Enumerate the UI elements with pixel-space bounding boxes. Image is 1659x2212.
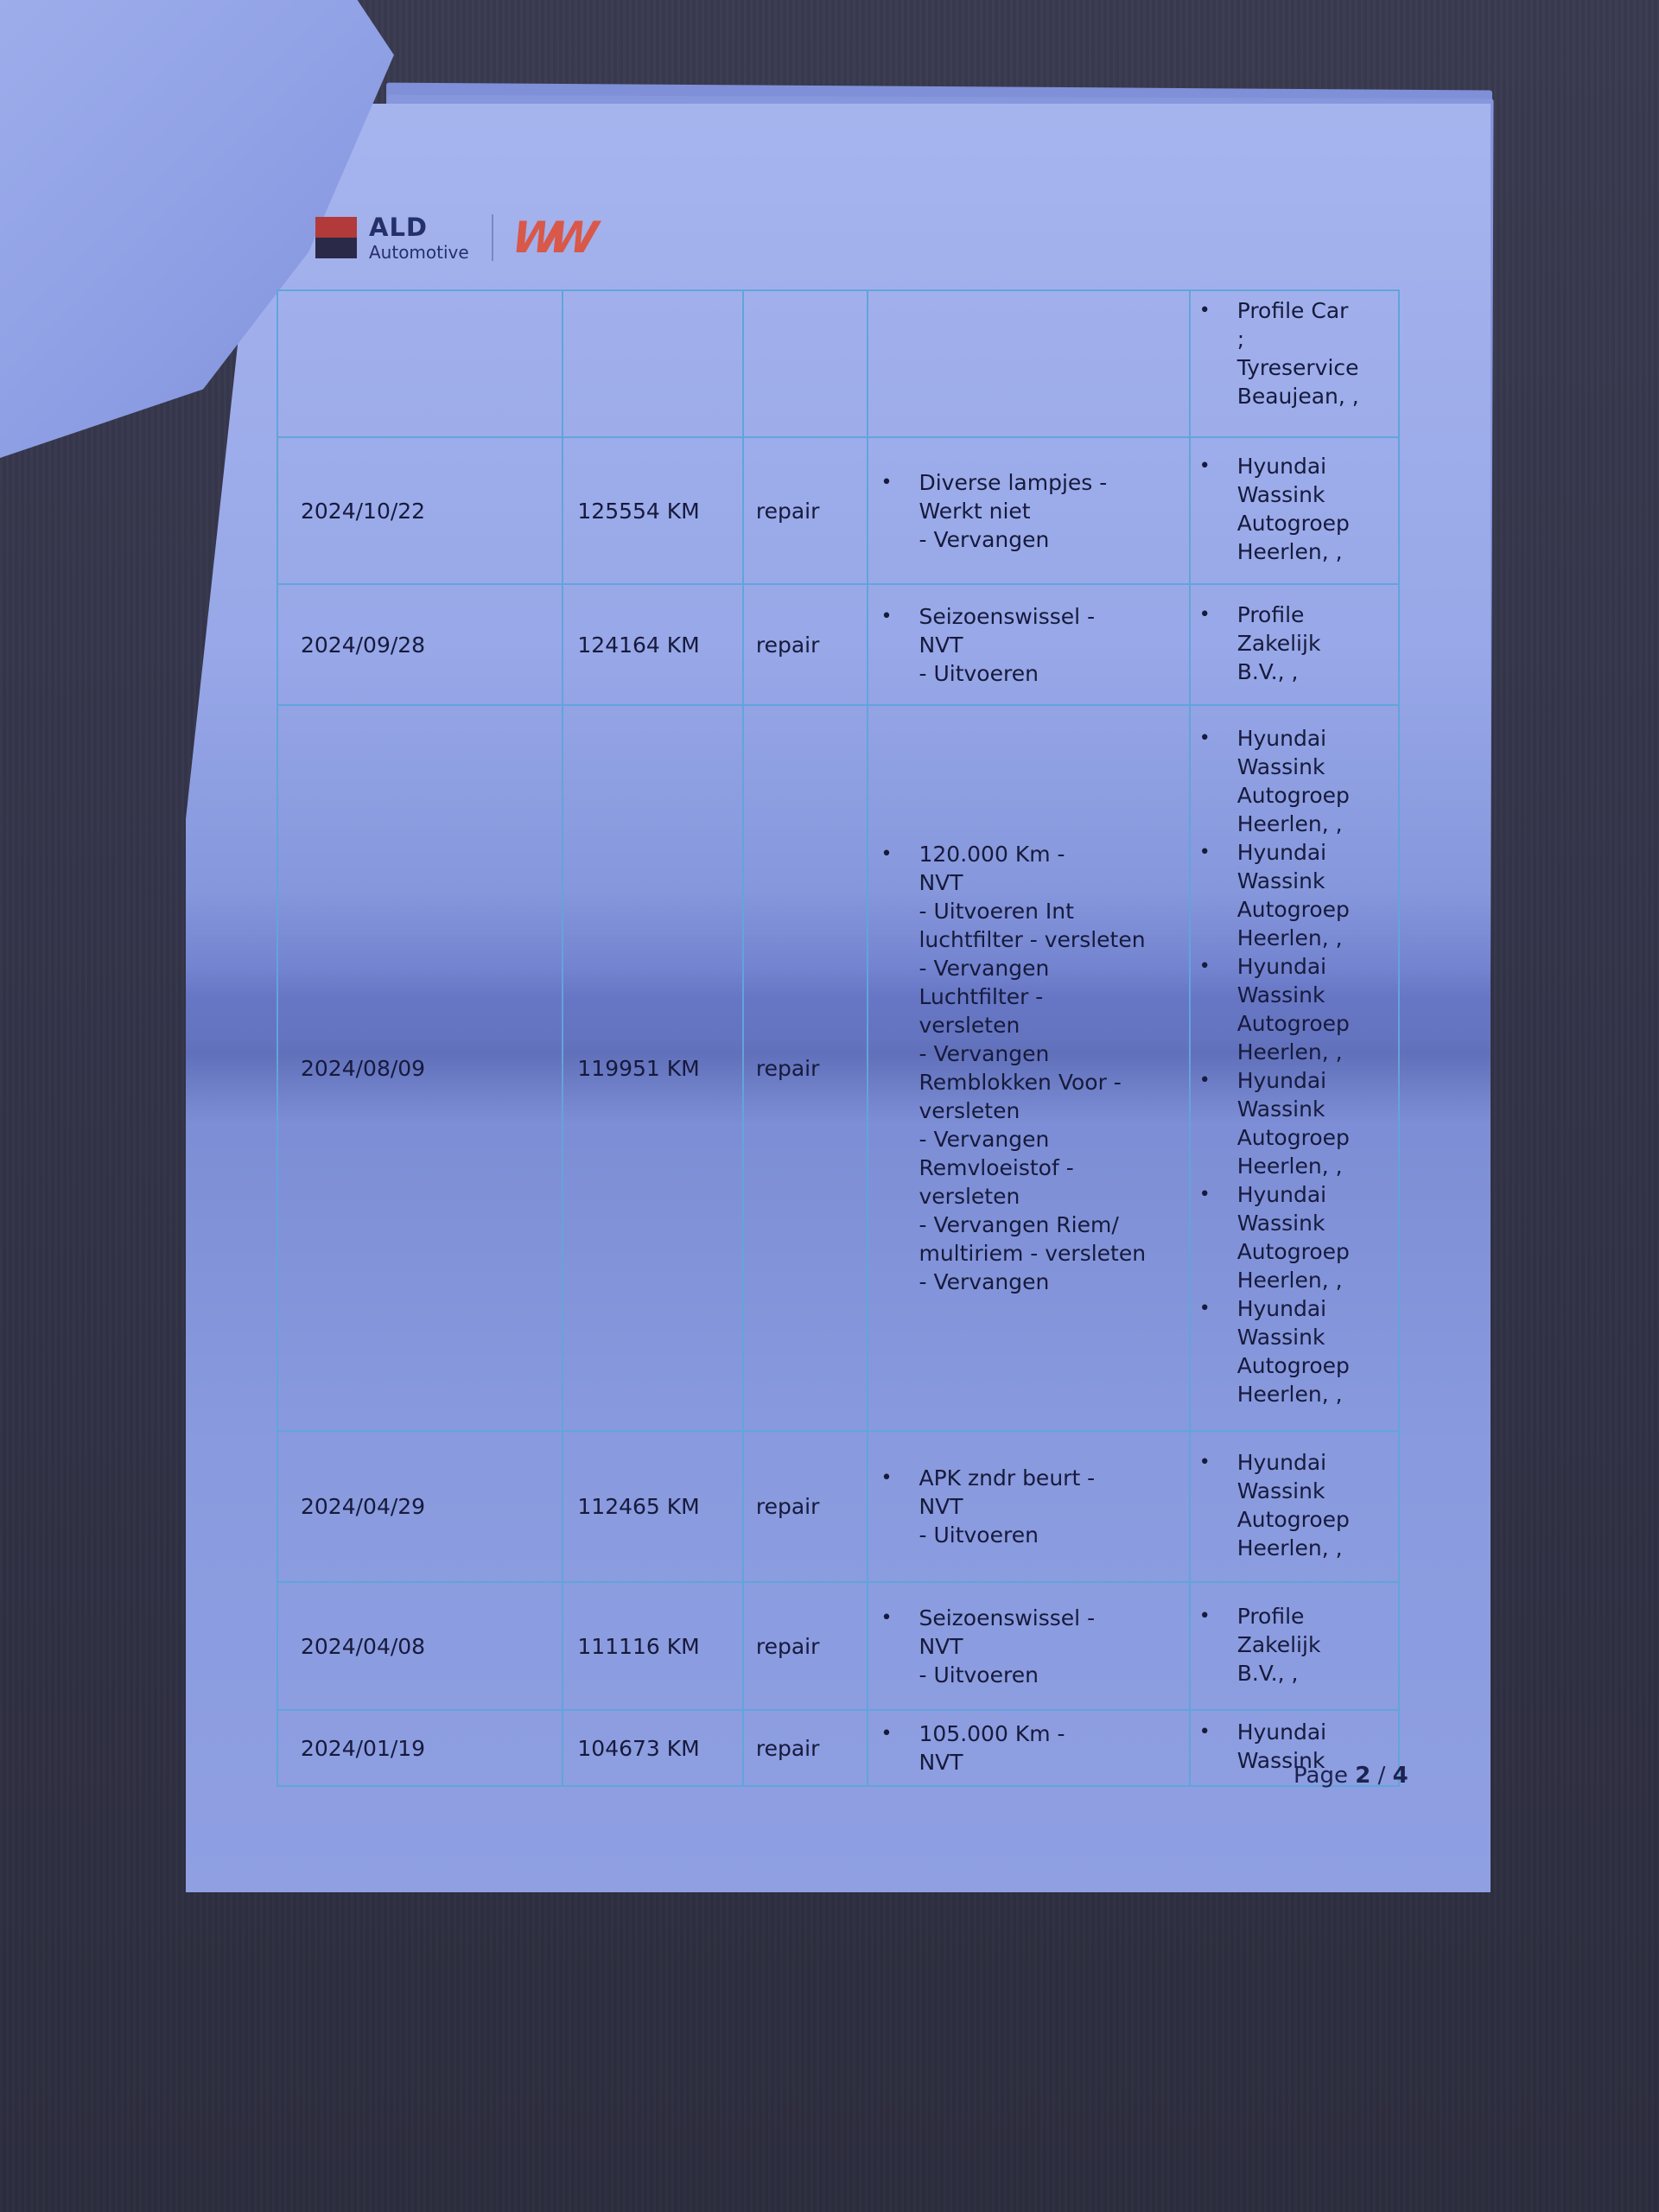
description-cell (868, 290, 1189, 437)
description-text: Diverse lampjes - Werkt niet - Vervangen (918, 468, 1107, 554)
description-cell: •Diverse lampjes - Werkt niet - Vervange… (868, 437, 1189, 584)
description-item: •Seizoenswissel - NVT - Uitvoeren (880, 602, 1179, 688)
partner-logo-icon: WW (509, 213, 590, 263)
page-number: Page 2 / 4 (1294, 1763, 1408, 1789)
type-cell: repair (743, 584, 868, 705)
supplier-cell: •Hyundai Wassink Autogroep Heerlen, ,•Hy… (1190, 705, 1399, 1431)
total-pages: 4 (1393, 1763, 1408, 1789)
description-item: •Diverse lampjes - Werkt niet - Vervange… (880, 468, 1179, 554)
description-text: APK zndr beurt - NVT - Uitvoeren (918, 1464, 1095, 1549)
type-cell (743, 290, 868, 437)
description-cell: •Seizoenswissel - NVT - Uitvoeren (868, 1582, 1189, 1710)
table-row: 2024/04/29112465 KMrepair•APK zndr beurt… (277, 1431, 1399, 1582)
supplier-item: •Hyundai Wassink Autogroep Heerlen, , (1199, 724, 1391, 838)
supplier-item: •Hyundai Wassink Autogroep Heerlen, , (1199, 1448, 1391, 1562)
ald-brand: ALD Automotive (369, 215, 469, 261)
description-item: •120.000 Km - NVT - Uitvoeren Int luchtf… (880, 840, 1179, 1296)
bullet-icon: • (1199, 1602, 1237, 1688)
brand-name: ALD (369, 215, 469, 240)
page-separator: / (1378, 1763, 1386, 1789)
ald-logo-icon (315, 217, 357, 258)
type-cell: repair (743, 1431, 868, 1582)
supplier-item: •Hyundai Wassink Autogroep Heerlen, , (1199, 952, 1391, 1066)
supplier-item: •Hyundai Wassink Autogroep Heerlen, , (1199, 838, 1391, 952)
supplier-item: •Profile Car ; Tyreservice Beaujean, , (1199, 296, 1391, 410)
description-cell: •APK zndr beurt - NVT - Uitvoeren (868, 1431, 1189, 1582)
table-row: 2024/04/08111116 KMrepair•Seizoenswissel… (277, 1582, 1399, 1710)
mileage-cell (563, 290, 742, 437)
description-cell: •105.000 Km - NVT (868, 1710, 1189, 1786)
bullet-icon: • (880, 1464, 918, 1549)
date-cell: 2024/04/08 (277, 1582, 563, 1710)
header-divider (492, 214, 493, 261)
supplier-name: Profile Zakelijk B.V., , (1237, 1602, 1321, 1688)
mileage-cell: 104673 KM (563, 1710, 742, 1786)
supplier-name: Hyundai Wassink Autogroep Heerlen, , (1237, 1294, 1350, 1408)
description-text: 120.000 Km - NVT - Uitvoeren Int luchtfi… (918, 840, 1146, 1296)
description-text: Seizoenswissel - NVT - Uitvoeren (918, 602, 1095, 688)
supplier-item: •Hyundai Wassink Autogroep Heerlen, , (1199, 452, 1391, 566)
bullet-icon: • (1199, 452, 1237, 566)
supplier-name: Hyundai Wassink Autogroep Heerlen, , (1237, 452, 1350, 566)
supplier-name: Hyundai Wassink Autogroep Heerlen, , (1237, 724, 1350, 838)
document-header: ALD Automotive WW (315, 212, 587, 264)
bullet-icon: • (880, 1604, 918, 1689)
bullet-icon: • (880, 840, 918, 1296)
mileage-cell: 111116 KM (563, 1582, 742, 1710)
supplier-item: •Profile Zakelijk B.V., , (1199, 1602, 1391, 1688)
supplier-item: •Hyundai Wassink Autogroep Heerlen, , (1199, 1294, 1391, 1408)
bullet-icon: • (1199, 296, 1237, 410)
bullet-icon: • (1199, 724, 1237, 838)
bullet-icon: • (1199, 1718, 1237, 1775)
description-item: •105.000 Km - NVT (880, 1719, 1179, 1777)
table-row: 2024/01/19104673 KMrepair•105.000 Km - N… (277, 1710, 1399, 1786)
table-row: 2024/09/28124164 KMrepair•Seizoenswissel… (277, 584, 1399, 705)
supplier-item: •Hyundai Wassink Autogroep Heerlen, , (1199, 1180, 1391, 1294)
supplier-item: •Profile Zakelijk B.V., , (1199, 601, 1391, 686)
supplier-cell: •Profile Zakelijk B.V., , (1190, 1582, 1399, 1710)
date-cell: 2024/09/28 (277, 584, 563, 705)
supplier-cell: •Profile Car ; Tyreservice Beaujean, , (1190, 290, 1399, 437)
mileage-cell: 119951 KM (563, 705, 742, 1431)
current-page: 2 (1355, 1763, 1370, 1789)
type-cell: repair (743, 705, 868, 1431)
date-cell: 2024/08/09 (277, 705, 563, 1431)
description-item: •Seizoenswissel - NVT - Uitvoeren (880, 1604, 1179, 1689)
maintenance-history-table: •Profile Car ; Tyreservice Beaujean, ,20… (276, 289, 1400, 1787)
type-cell: repair (743, 437, 868, 584)
bullet-icon: • (1199, 1066, 1237, 1180)
supplier-name: Hyundai Wassink Autogroep Heerlen, , (1237, 838, 1350, 952)
bullet-icon: • (1199, 1448, 1237, 1562)
table-row: •Profile Car ; Tyreservice Beaujean, , (277, 290, 1399, 437)
brand-subtitle: Automotive (369, 244, 469, 261)
bullet-icon: • (1199, 1180, 1237, 1294)
description-cell: •Seizoenswissel - NVT - Uitvoeren (868, 584, 1189, 705)
date-cell: 2024/04/29 (277, 1431, 563, 1582)
bullet-icon: • (880, 602, 918, 688)
supplier-cell: •Hyundai Wassink Autogroep Heerlen, , (1190, 437, 1399, 584)
date-cell: 2024/10/22 (277, 437, 563, 584)
supplier-cell: •Hyundai Wassink Autogroep Heerlen, , (1190, 1431, 1399, 1582)
bullet-icon: • (1199, 952, 1237, 1066)
mileage-cell: 124164 KM (563, 584, 742, 705)
date-cell: 2024/01/19 (277, 1710, 563, 1786)
description-text: 105.000 Km - NVT (918, 1719, 1065, 1777)
supplier-name: Hyundai Wassink Autogroep Heerlen, , (1237, 1066, 1350, 1180)
supplier-cell: •Profile Zakelijk B.V., , (1190, 584, 1399, 705)
type-cell: repair (743, 1710, 868, 1786)
description-item: •APK zndr beurt - NVT - Uitvoeren (880, 1464, 1179, 1549)
mileage-cell: 112465 KM (563, 1431, 742, 1582)
bullet-icon: • (880, 1719, 918, 1777)
supplier-name: Profile Zakelijk B.V., , (1237, 601, 1321, 686)
supplier-name: Hyundai Wassink Autogroep Heerlen, , (1237, 952, 1350, 1066)
table-row: 2024/08/09119951 KMrepair•120.000 Km - N… (277, 705, 1399, 1431)
date-cell (277, 290, 563, 437)
supplier-name: Profile Car ; Tyreservice Beaujean, , (1237, 296, 1359, 410)
supplier-name: Hyundai Wassink Autogroep Heerlen, , (1237, 1448, 1350, 1562)
description-text: Seizoenswissel - NVT - Uitvoeren (918, 1604, 1095, 1689)
supplier-name: Hyundai Wassink Autogroep Heerlen, , (1237, 1180, 1350, 1294)
supplier-item: •Hyundai Wassink Autogroep Heerlen, , (1199, 1066, 1391, 1180)
description-cell: •120.000 Km - NVT - Uitvoeren Int luchtf… (868, 705, 1189, 1431)
page-label: Page (1294, 1763, 1348, 1789)
type-cell: repair (743, 1582, 868, 1710)
table-row: 2024/10/22125554 KMrepair•Diverse lampje… (277, 437, 1399, 584)
bullet-icon: • (1199, 1294, 1237, 1408)
bullet-icon: • (1199, 601, 1237, 686)
bullet-icon: • (880, 468, 918, 554)
mileage-cell: 125554 KM (563, 437, 742, 584)
bullet-icon: • (1199, 838, 1237, 952)
